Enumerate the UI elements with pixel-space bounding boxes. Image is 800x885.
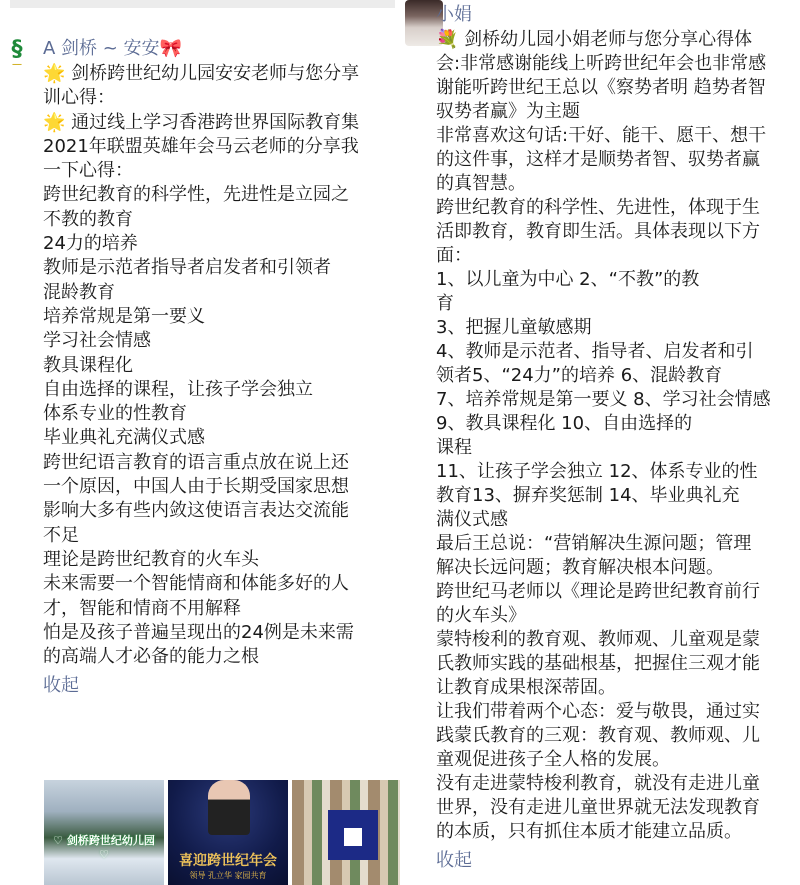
post-line: 的这件事，这样才是顺势者智、驭势者赢 (436, 148, 800, 172)
qr-code-icon (344, 828, 362, 846)
post-line-text: 自由选择的课程，让孩子学会独立 (43, 379, 313, 400)
post-line-text: 未来需要一个智能情商和体能多好的人 (43, 573, 349, 594)
post-line: 一下心得： (43, 159, 400, 183)
post-line: 未来需要一个智能情商和体能多好的人 (43, 572, 400, 596)
post-line: 教师是示范者指导者启发者和引领者 (43, 256, 400, 280)
post-line: 才，智能和情商不用解释 (43, 597, 400, 621)
post-line: 让我们带着两个心态：爱与敬畏，通过实 (436, 700, 800, 724)
post-line-text: 跨世纪教育的科学性，先进性是立园之 (43, 184, 349, 205)
post-line-text: 的这件事，这样才是顺势者智、驭势者赢 (436, 149, 760, 170)
bouquet-icon: 💐 (436, 29, 458, 50)
post-line: 谢能听跨世纪王总以《察势者明 趋势者智 (436, 76, 800, 100)
post-line-text: 解决长远问题；教育解决根本问题。 (436, 557, 724, 578)
post-line-text: 让我们带着两个心态：爱与敬畏，通过实 (436, 701, 760, 722)
post-line-text: 剑桥跨世纪幼儿园安安老师与您分享 (65, 63, 359, 84)
post-line-text: 毕业典礼充满仪式感 (43, 427, 205, 448)
post-line-text: 混龄教育 (43, 282, 115, 303)
post-line-text: 满仪式感 (436, 509, 508, 530)
bow-icon: 🎀 (160, 38, 182, 59)
post-line-text: 24力的培养 (43, 233, 138, 254)
post-line: 7、培养常规是第一要义 8、学习社会情感 (436, 388, 800, 412)
collapse-link[interactable]: 收起 (436, 848, 472, 874)
post-line-text: 一个原因，中国人由于长期受国家思想 (43, 476, 349, 497)
post-line: 怕是及孩子普遍呈现出的24例是未来需 (43, 621, 400, 645)
kindergarten-logo-icon: § (12, 38, 23, 62)
post-line: 面： (436, 244, 800, 268)
post-line: 培养常规是第一要义 (43, 305, 400, 329)
post-line-text: 童观促进孩子全人格的发展。 (436, 749, 670, 770)
post-line-text: 教育13、摒弃奖惩制 14、毕业典礼充 (436, 485, 740, 506)
post-line-text: 不足 (43, 525, 79, 546)
post-line-text: 的火车头》 (436, 605, 526, 626)
post-line: 满仪式感 (436, 508, 800, 532)
logo-subtext: ━━━ (12, 62, 21, 68)
post-line-text: 理论是跨世纪教育的火车头 (43, 549, 259, 570)
post-body: 🌟 剑桥跨世纪幼儿园安安老师与您分享训心得：🌟 通过线上学习香港跨世界国际教育集… (43, 62, 400, 669)
collapse-link[interactable]: 收起 (43, 673, 79, 699)
post-line: 蒙特梭利的教育观、教师观、儿童观是蒙 (436, 628, 800, 652)
post-line-text: 跨世纪教育的科学性、先进性，体现于生 (436, 197, 760, 218)
post-line-text: 没有走进蒙特梭利教育，就没有走进儿童 (436, 773, 760, 794)
post-line-text: 影响大多有些内敛这使语言表达交流能 (43, 500, 349, 521)
post-line: 世界，没有走进儿童世界就无法发现教育 (436, 796, 800, 820)
post-line-text: 践蒙氏教育的三观：教育观、教师观、儿 (436, 725, 760, 746)
post-line-text: 2021年联盟英雄年会马云老师的分享我 (43, 136, 359, 157)
post-image-3[interactable] (292, 780, 400, 885)
post-line-text: 最后王总说：“营销解决生源问题；管理 (436, 533, 751, 554)
post-line-text: 育 (436, 293, 454, 314)
post-line: 1、以儿童为中心 2、“不教”的教 (436, 268, 800, 292)
image-subcaption: 领导 孔立华 家园共育 (168, 870, 288, 881)
post-line: 训心得： (43, 86, 400, 110)
post-line-text: 会:非常感谢能线上听跨世纪年会也非常感 (436, 53, 766, 74)
post-line: 毕业典礼充满仪式感 (43, 426, 400, 450)
post-line-text: 的本质，只有抓住本质才能建立品质。 (436, 821, 742, 842)
post-line-text: 氏教师实践的基础根基，把握住三观才能 (436, 653, 760, 674)
post-line: 让教育成果根深蒂固。 (436, 676, 800, 700)
post-line-text: 3、把握儿童敏感期 (436, 317, 591, 338)
post-line: 最后王总说：“营销解决生源问题；管理 (436, 532, 800, 556)
post-line: 氏教师实践的基础根基，把握住三观才能 (436, 652, 800, 676)
post-line: 自由选择的课程，让孩子学会独立 (43, 378, 400, 402)
post-line: 24力的培养 (43, 232, 400, 256)
post-line: 跨世纪语言教育的语言重点放在说上还 (43, 451, 400, 475)
post-line: 童观促进孩子全人格的发展。 (436, 748, 800, 772)
post-line: 的火车头》 (436, 604, 800, 628)
post-line-text: 怕是及孩子普遍呈现出的24例是未来需 (43, 622, 354, 643)
post-line-text: 9、教具课程化 10、自由选择的 (436, 413, 692, 434)
post-line-text: 一下心得： (43, 160, 133, 181)
post-line-text: 活即教育，教育即生活。具体表现以下方 (436, 221, 760, 242)
post-line-text: 面： (436, 245, 472, 266)
post-line: 4、教师是示范者、指导者、启发者和引 (436, 340, 800, 364)
star-icon: 🌟 (43, 112, 65, 133)
post-line: 非常喜欢这句话:干好、能干、愿干、想干 (436, 124, 800, 148)
post-image-1[interactable]: ♡ 剑桥跨世纪幼儿园 ♡ (44, 780, 164, 885)
author-name[interactable]: 小娟 (436, 2, 800, 28)
post-line-text: 蒙特梭利的教育观、教师观、儿童观是蒙 (436, 629, 760, 650)
post-line: 会:非常感谢能线上听跨世纪年会也非常感 (436, 52, 800, 76)
post-line: 🌟 剑桥跨世纪幼儿园安安老师与您分享 (43, 62, 400, 86)
post-line-text: 学习社会情感 (43, 330, 151, 351)
post-line-text: 教具课程化 (43, 355, 133, 376)
post-body: 💐 剑桥幼儿园小娟老师与您分享心得体会:非常感谢能线上听跨世纪年会也非常感谢能听… (436, 28, 800, 844)
post-line-text: 培养常规是第一要义 (43, 306, 205, 327)
post-line: 混龄教育 (43, 281, 400, 305)
post-line-text: 让教育成果根深蒂固。 (436, 677, 616, 698)
post-line: 💐 剑桥幼儿园小娟老师与您分享心得体 (436, 28, 800, 52)
post-line: 解决长远问题；教育解决根本问题。 (436, 556, 800, 580)
post-line-text: 非常喜欢这句话:干好、能干、愿干、想干 (436, 125, 766, 146)
image-caption: 喜迎跨世纪年会 (168, 850, 288, 870)
post-line-text: 11、让孩子学会独立 12、体系专业的性 (436, 461, 758, 482)
post-line: 没有走进蒙特梭利教育，就没有走进儿童 (436, 772, 800, 796)
moment-post: 小娟 💐 剑桥幼儿园小娟老师与您分享心得体会:非常感谢能线上听跨世纪年会也非常感… (436, 2, 800, 874)
post-line-text: 才，智能和情商不用解释 (43, 598, 241, 619)
right-moment-panel: 小娟 💐 剑桥幼儿园小娟老师与您分享心得体会:非常感谢能线上听跨世纪年会也非常感… (403, 0, 800, 885)
post-line-text: 不教的教育 (43, 209, 133, 230)
avatar[interactable]: § ━━━ (2, 38, 32, 72)
post-line: 11、让孩子学会独立 12、体系专业的性 (436, 460, 800, 484)
post-line: 不足 (43, 524, 400, 548)
post-line: 跨世纪马老师以《理论是跨世纪教育前行 (436, 580, 800, 604)
post-line-text: 的高端人才必备的能力之根 (43, 646, 259, 667)
post-line-text: 训心得： (43, 87, 115, 108)
post-line-text: 1、以儿童为中心 2、“不教”的教 (436, 269, 699, 290)
post-line-text: 世界，没有走进儿童世界就无法发现教育 (436, 797, 760, 818)
previous-post-bar (10, 0, 395, 8)
post-line: 教育13、摒弃奖惩制 14、毕业典礼充 (436, 484, 800, 508)
image-grid: ♡ 剑桥跨世纪幼儿园 ♡ 喜迎跨世纪年会 领导 孔立华 家园共育 (44, 780, 400, 885)
post-line: 驭势者赢》为主题 (436, 100, 800, 124)
post-line: 课程 (436, 436, 800, 460)
post-line: 活即教育，教育即生活。具体表现以下方 (436, 220, 800, 244)
star-icon: 🌟 (43, 63, 65, 84)
post-line-text: 剑桥幼儿园小娟老师与您分享心得体 (458, 29, 752, 50)
post-line: 跨世纪教育的科学性、先进性，体现于生 (436, 196, 800, 220)
post-line: 3、把握儿童敏感期 (436, 316, 800, 340)
speaker-photo (208, 780, 250, 835)
moment-post: A 剑桥 ~ 安安🎀 🌟 剑桥跨世纪幼儿园安安老师与您分享训心得：🌟 通过线上学… (43, 36, 400, 699)
image-caption: ♡ 剑桥跨世纪幼儿园 ♡ (48, 832, 160, 861)
post-line: 的真智慧。 (436, 172, 800, 196)
author-name-text: A 剑桥 ~ 安安 (43, 38, 160, 59)
post-line-text: 4、教师是示范者、指导者、启发者和引 (436, 341, 753, 362)
post-line: 的本质，只有抓住本质才能建立品质。 (436, 820, 800, 844)
post-line-text: 驭势者赢》为主题 (436, 101, 580, 122)
post-line: 一个原因，中国人由于长期受国家思想 (43, 475, 400, 499)
post-line-text: 跨世纪语言教育的语言重点放在说上还 (43, 452, 349, 473)
post-line-text: 通过线上学习香港跨世界国际教育集 (65, 112, 359, 133)
post-line: 教具课程化 (43, 354, 400, 378)
post-line: 学习社会情感 (43, 329, 400, 353)
post-line: 2021年联盟英雄年会马云老师的分享我 (43, 135, 400, 159)
post-line-text: 的真智慧。 (436, 173, 526, 194)
post-line: 跨世纪教育的科学性，先进性是立园之 (43, 183, 400, 207)
post-line-text: 领者5、“24力”的培养 6、混龄教育 (436, 365, 722, 386)
post-line-text: 体系专业的性教育 (43, 403, 187, 424)
author-name[interactable]: A 剑桥 ~ 安安🎀 (43, 36, 400, 62)
post-line-text: 谢能听跨世纪王总以《察势者明 趋势者智 (436, 77, 766, 98)
post-line-text: 教师是示范者指导者启发者和引领者 (43, 257, 331, 278)
post-line: 🌟 通过线上学习香港跨世界国际教育集 (43, 111, 400, 135)
post-line: 体系专业的性教育 (43, 402, 400, 426)
post-line-text: 课程 (436, 437, 472, 458)
post-line: 影响大多有些内敛这使语言表达交流能 (43, 499, 400, 523)
post-line: 不教的教育 (43, 208, 400, 232)
post-line: 领者5、“24力”的培养 6、混龄教育 (436, 364, 800, 388)
post-line-text: 跨世纪马老师以《理论是跨世纪教育前行 (436, 581, 760, 602)
post-line: 的高端人才必备的能力之根 (43, 645, 400, 669)
post-line: 理论是跨世纪教育的火车头 (43, 548, 400, 572)
post-line: 育 (436, 292, 800, 316)
post-line: 9、教具课程化 10、自由选择的 (436, 412, 800, 436)
post-image-2[interactable]: 喜迎跨世纪年会 领导 孔立华 家园共育 (168, 780, 288, 885)
left-moment-panel: § ━━━ A 剑桥 ~ 安安🎀 🌟 剑桥跨世纪幼儿园安安老师与您分享训心得：🌟… (0, 0, 400, 885)
post-line: 践蒙氏教育的三观：教育观、教师观、儿 (436, 724, 800, 748)
post-line-text: 7、培养常规是第一要义 8、学习社会情感 (436, 389, 771, 410)
